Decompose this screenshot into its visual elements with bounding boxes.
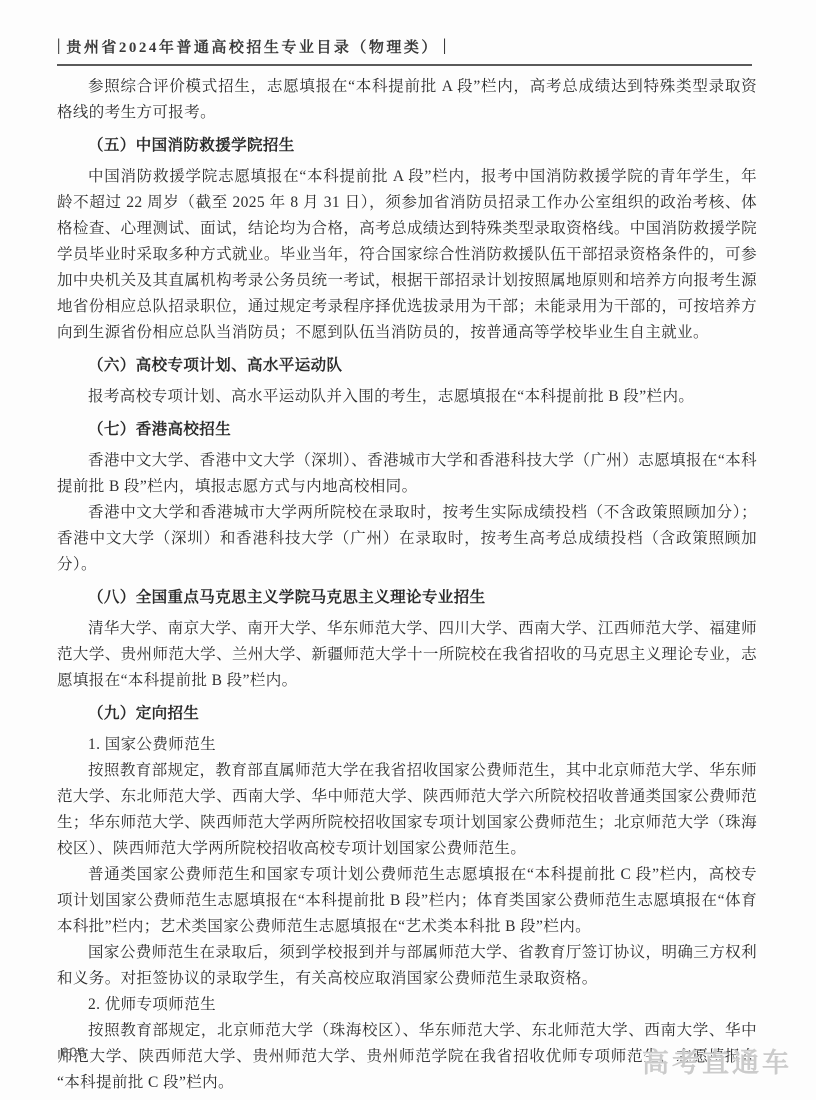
document-page: | 贵州省2024年普通高校招生专业目录（物理类） | 参照综合评价模式招生，志…: [0, 0, 816, 1100]
sub-heading: 2. 优师专项师范生: [57, 992, 757, 1018]
section-heading: （五）中国消防救援学院招生: [57, 133, 757, 159]
page-header: | 贵州省2024年普通高校招生专业目录（物理类） |: [57, 36, 760, 66]
page-header-title: 贵州省2024年普通高校招生专业目录（物理类）: [66, 36, 439, 57]
document-body: 参照综合评价模式招生，志愿填报在“本科提前批 A 段”栏内，高考总成绩达到特殊类…: [57, 74, 757, 1096]
paragraph: 清华大学、南京大学、南开大学、华东师范大学、四川大学、西南大学、江西师范大学、福…: [57, 616, 757, 694]
paragraph: 香港中文大学和香港城市大学两所院校在录取时，按考生实际成绩投档（不含政策照顾加分…: [57, 500, 757, 578]
paragraph: 香港中文大学、香港中文大学（深圳）、香港城市大学和香港科技大学（广州）志愿填报在…: [57, 448, 757, 500]
watermark: 高考直通车: [642, 1041, 792, 1080]
page-number: 606: [61, 1045, 87, 1060]
paragraph: 参照综合评价模式招生，志愿填报在“本科提前批 A 段”栏内，高考总成绩达到特殊类…: [57, 74, 757, 126]
header-right-bar: |: [443, 37, 446, 57]
header-rule: [57, 64, 752, 66]
header-left-bar: |: [57, 37, 60, 57]
section-heading: （六）高校专项计划、高水平运动队: [57, 353, 757, 379]
paragraph: 报考高校专项计划、高水平运动队并入围的考生，志愿填报在“本科提前批 B 段”栏内…: [57, 384, 757, 410]
section-heading: （八）全国重点马克思主义学院马克思主义理论专业招生: [57, 585, 757, 611]
paragraph: 国家公费师范生在录取后，须到学校报到并与部属师范大学、省教育厅签订协议，明确三方…: [57, 940, 757, 992]
page-header-line: | 贵州省2024年普通高校招生专业目录（物理类） |: [57, 36, 760, 57]
section-heading: （九）定向招生: [57, 701, 757, 727]
section-heading: （七）香港高校招生: [57, 417, 757, 443]
paragraph: 普通类国家公费师范生和国家专项计划公费师范生志愿填报在“本科提前批 C 段”栏内…: [57, 862, 757, 940]
paragraph: 按照教育部规定，教育部直属师范大学在我省招收国家公费师范生，其中北京师范大学、华…: [57, 758, 757, 862]
sub-heading: 1. 国家公费师范生: [57, 732, 757, 758]
paragraph: 中国消防救援学院志愿填报在“本科提前批 A 段”栏内，报考中国消防救援学院的青年…: [57, 164, 757, 346]
